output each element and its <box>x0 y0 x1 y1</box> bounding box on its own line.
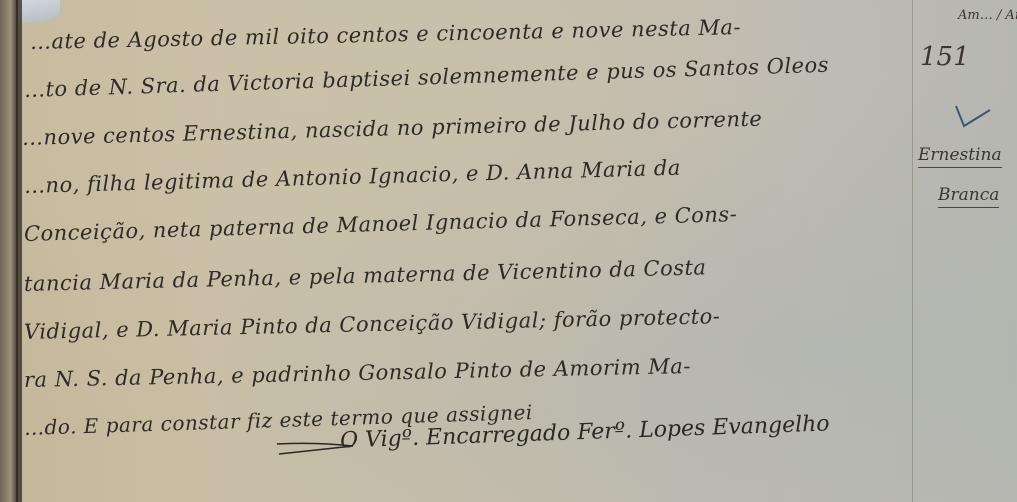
text-line-7: Vidigal, e D. Maria Pinto da Conceição V… <box>24 304 721 344</box>
margin-note-top: Am… / Ana… <box>958 8 1017 23</box>
margin-note-classification: Branca <box>938 185 999 208</box>
text-line-5: Conceição, neta paterna de Manoel Ignaci… <box>24 202 738 246</box>
text-line-3: …nove centos Ernestina, nascida no prime… <box>22 107 763 150</box>
text-line-2: …to de N. Sra. da Victoria baptisei sole… <box>24 53 830 102</box>
margin-note-name: Ernestina <box>918 145 1002 168</box>
binding-shadow <box>16 0 22 502</box>
register-page: …ate de Agosto de mil oito centos e cinc… <box>0 0 1017 502</box>
check-mark-icon <box>952 100 992 130</box>
entry-number: 151 <box>920 42 970 72</box>
text-line-8: ra N. S. da Penha, e padrinho Gonsalo Pi… <box>24 354 691 392</box>
text-line-4: …no, filha legitima de Antonio Ignacio, … <box>24 156 681 198</box>
text-line-1: …ate de Agosto de mil oito centos e cinc… <box>30 15 742 54</box>
margin-rule <box>912 0 913 502</box>
text-line-6: tancia Maria da Penha, e pela materna de… <box>24 255 707 296</box>
